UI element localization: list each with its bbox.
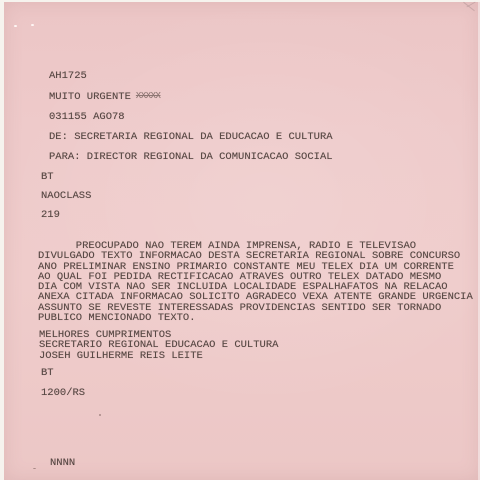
paper-speck: [33, 468, 36, 469]
end-of-message-mark: NNNN: [50, 458, 75, 469]
message-number: 219: [41, 210, 60, 221]
scanned-telex-page: AH1725 MUITO URGENTEXXXXX 031155 AGO78 D…: [0, 0, 480, 480]
bt-separator-2: BT: [41, 368, 54, 379]
telex-ref: AH1725: [49, 71, 87, 82]
paper-speck: [99, 414, 101, 416]
priority-line: MUITO URGENTEXXXXX: [49, 92, 160, 103]
signature-block: MELHORES CUMPRIMENTOS SECRETARIO REGIONA…: [39, 330, 278, 361]
priority-label: MUITO URGENTE: [49, 91, 131, 103]
classification-line: NAOCLASS: [41, 191, 91, 202]
sender-name-line: JOSEH GUILHERME REIS LEITE: [39, 351, 278, 361]
date-time-group: 031155 AGO78: [49, 112, 125, 123]
body-line: PUBLICO MENCIONADO TEXTO.: [38, 313, 473, 323]
paper-speck: [31, 24, 34, 26]
pencil-corner-mark: [459, 0, 479, 13]
bt-separator-1: BT: [41, 172, 54, 183]
operator-code: 1200/RS: [41, 388, 85, 399]
paper-speck: [14, 25, 17, 27]
from-line: DE: SECRETARIA REGIONAL DA EDUCACAO E CU…: [49, 132, 333, 143]
strikeout-correction: XXXXX: [136, 91, 161, 102]
message-body: PREOCUPADO NAO TEREM AINDA IMPRENSA, RAD…: [38, 241, 473, 323]
to-line: PARA: DIRECTOR REGIONAL DA COMUNICACAO S…: [49, 152, 333, 163]
